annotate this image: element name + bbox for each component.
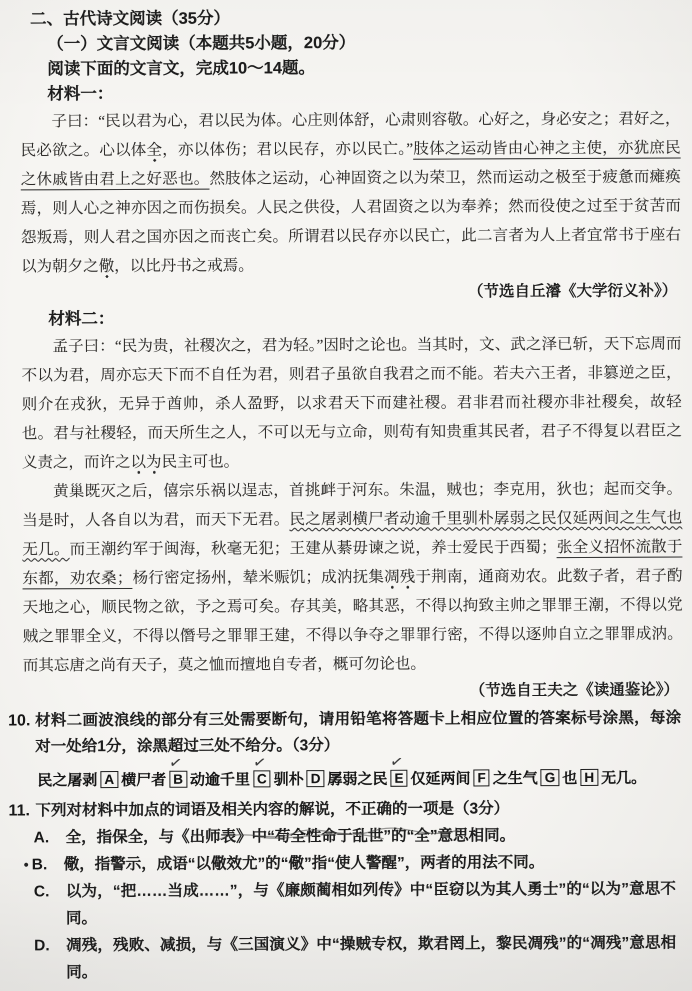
question-11-options: A.全，指保全，与《出师表》中“苟全性命于乱世”的“全”意思相同。•B.儆，指警… xyxy=(4,822,691,987)
passage-segment-dots: 凋残 xyxy=(384,569,416,590)
option-text: 全，指保全，与《出师表》中“苟全性命于乱世”的“全”意思相同。 xyxy=(66,822,676,852)
material1-passage: 子曰：“民以君为心，君以民为体。心庄则体舒，心肃则容敬。心好之，身必安之；君好之… xyxy=(20,105,681,282)
answer-box-C: C✓ xyxy=(253,770,271,787)
material2-label: 材料二： xyxy=(48,305,687,333)
passage-segment: 无几。 xyxy=(601,770,646,787)
subsection-title: （一）文言文阅读（本题共5小题，20分） xyxy=(47,30,686,58)
question-10-number: 10. xyxy=(3,708,35,760)
option-text: 以为，“把……当成……”，与《廉颇蔺相如列传》中“臣窃以为其人勇士”的“以为”意… xyxy=(66,876,676,933)
passage-segment-dots: 以为 xyxy=(130,454,161,475)
passage-segment: 民之屠剥 xyxy=(37,772,97,789)
passage-segment: 动逾千里 xyxy=(190,771,250,788)
option-label: C. xyxy=(34,878,66,932)
passage-segment: 横尸者 xyxy=(121,772,166,789)
passage-segment: 杨行密定扬州，辇米赈饥；成汭抚集 xyxy=(132,569,384,587)
option-text: 凋残，残败、减损，与《三国演义》中“操贼专权，欺君罔上，黎民凋残”的“凋残”意思… xyxy=(66,930,676,987)
option-label: B. xyxy=(32,851,64,878)
question-11: 11. 下列对材料中加点的词语及相关内容的解说，不正确的一项是（3分） xyxy=(3,796,689,825)
passage-segment: 也 xyxy=(562,770,577,787)
material1-source: （节选自丘濬《大学衍义补》） xyxy=(1,279,677,308)
passage-segment: 孟子曰：“民为贵，社稷次之，君为轻。”因时之论也。当其时，文、武之泽已斩，天下忘… xyxy=(22,336,682,472)
passage-segment: 而王潮约军于闽海，秋毫无犯；王建从綦毋谏之说，养士爱民于西蜀； xyxy=(70,539,557,558)
passage-segment: ，亦以体伤；君以民存，亦以民亡。” xyxy=(162,141,413,159)
handwritten-check-mark: ✓ xyxy=(168,755,183,772)
handwritten-dot-mark: • xyxy=(24,851,32,878)
answer-box-B: B✓ xyxy=(169,771,187,788)
option-label: D. xyxy=(34,932,66,986)
question-10: 10. 材料二画波浪线的部分有三处需要断句，请用铅笔将答题卡上相应位置的答案标号… xyxy=(3,706,689,761)
reading-instruction: 阅读下面的文言文，完成10～14题。 xyxy=(47,55,686,83)
question-10-segmentation-sentence: 民之屠剥A横尸者B✓动逾千里C✓驯朴D孱弱之民E✓仅延两间F之生气G也H无几。 xyxy=(37,764,683,797)
passage-segment: 孱弱之民 xyxy=(327,771,387,788)
answer-box-H: H xyxy=(580,769,598,786)
handwritten-check-mark: ✓ xyxy=(251,754,266,771)
option-B: •B.儆，指警示，成语“以儆效尤”的“儆”指“使人警醒”，两者的用法不同。 xyxy=(34,849,690,879)
passage-segment: 之生气 xyxy=(493,770,538,787)
answer-box-E: E✓ xyxy=(390,770,407,787)
option-D: D.凋残，残败、减损，与《三国演义》中“操贼专权，欺君罔上，黎民凋残”的“凋残”… xyxy=(34,930,690,987)
question-10-text: 材料二画波浪线的部分有三处需要断句，请用铅笔将答题卡上相应位置的答案标号涂黑，每… xyxy=(35,706,681,761)
passage-segment: 仅延两间 xyxy=(410,770,470,787)
answer-box-D: D xyxy=(307,770,325,787)
section-title: 二、古代诗文阅读（35分） xyxy=(30,5,686,33)
material1-label: 材料一： xyxy=(47,80,686,108)
passage-segment-dots: 全 xyxy=(146,142,162,163)
passage-segment: 驯朴 xyxy=(274,771,304,788)
question-11-text: 下列对材料中加点的词语及相关内容的解说，不正确的一项是（3分） xyxy=(35,796,681,825)
material2-source: （节选自王夫之《读通鉴论》） xyxy=(3,678,679,707)
option-A: A.全，指保全，与《出师表》中“苟全性命于乱世”的“全”意思相同。 xyxy=(34,822,690,852)
passage-segment: 民主可也。 xyxy=(162,453,240,470)
answer-box-A: A xyxy=(100,771,118,788)
passage-segment: ，以比丹书之戒焉。 xyxy=(114,257,254,275)
material2-paragraph2: 黄巢既灭之后，僖宗乐祸以逞志，首挑衅于河东。朱温，贼也；李克用，狄也；起而交争。… xyxy=(22,475,683,681)
option-label: A. xyxy=(34,824,66,851)
question-11-number: 11. xyxy=(3,798,35,824)
material2-paragraph1: 孟子曰：“民为贵，社稷次之，君为轻。”因时之论也。当其时，文、武之泽已斩，天下忘… xyxy=(21,330,682,478)
exam-page: 二、古代诗文阅读（35分） （一）文言文阅读（本题共5小题，20分） 阅读下面的… xyxy=(0,0,692,987)
passage-segment-dots: 儆 xyxy=(99,258,115,279)
answer-box-F: F xyxy=(473,769,489,786)
answer-box-G: G xyxy=(541,769,560,786)
option-text: 儆，指警示，成语“以儆效尤”的“儆”指“使人警醒”，两者的用法不同。 xyxy=(64,849,676,879)
option-C: C.以为，“把……当成……”，与《廉颇蔺相如列传》中“臣窃以为其人勇士”的“以为… xyxy=(34,876,690,933)
handwritten-check-mark: ✓ xyxy=(389,754,404,771)
